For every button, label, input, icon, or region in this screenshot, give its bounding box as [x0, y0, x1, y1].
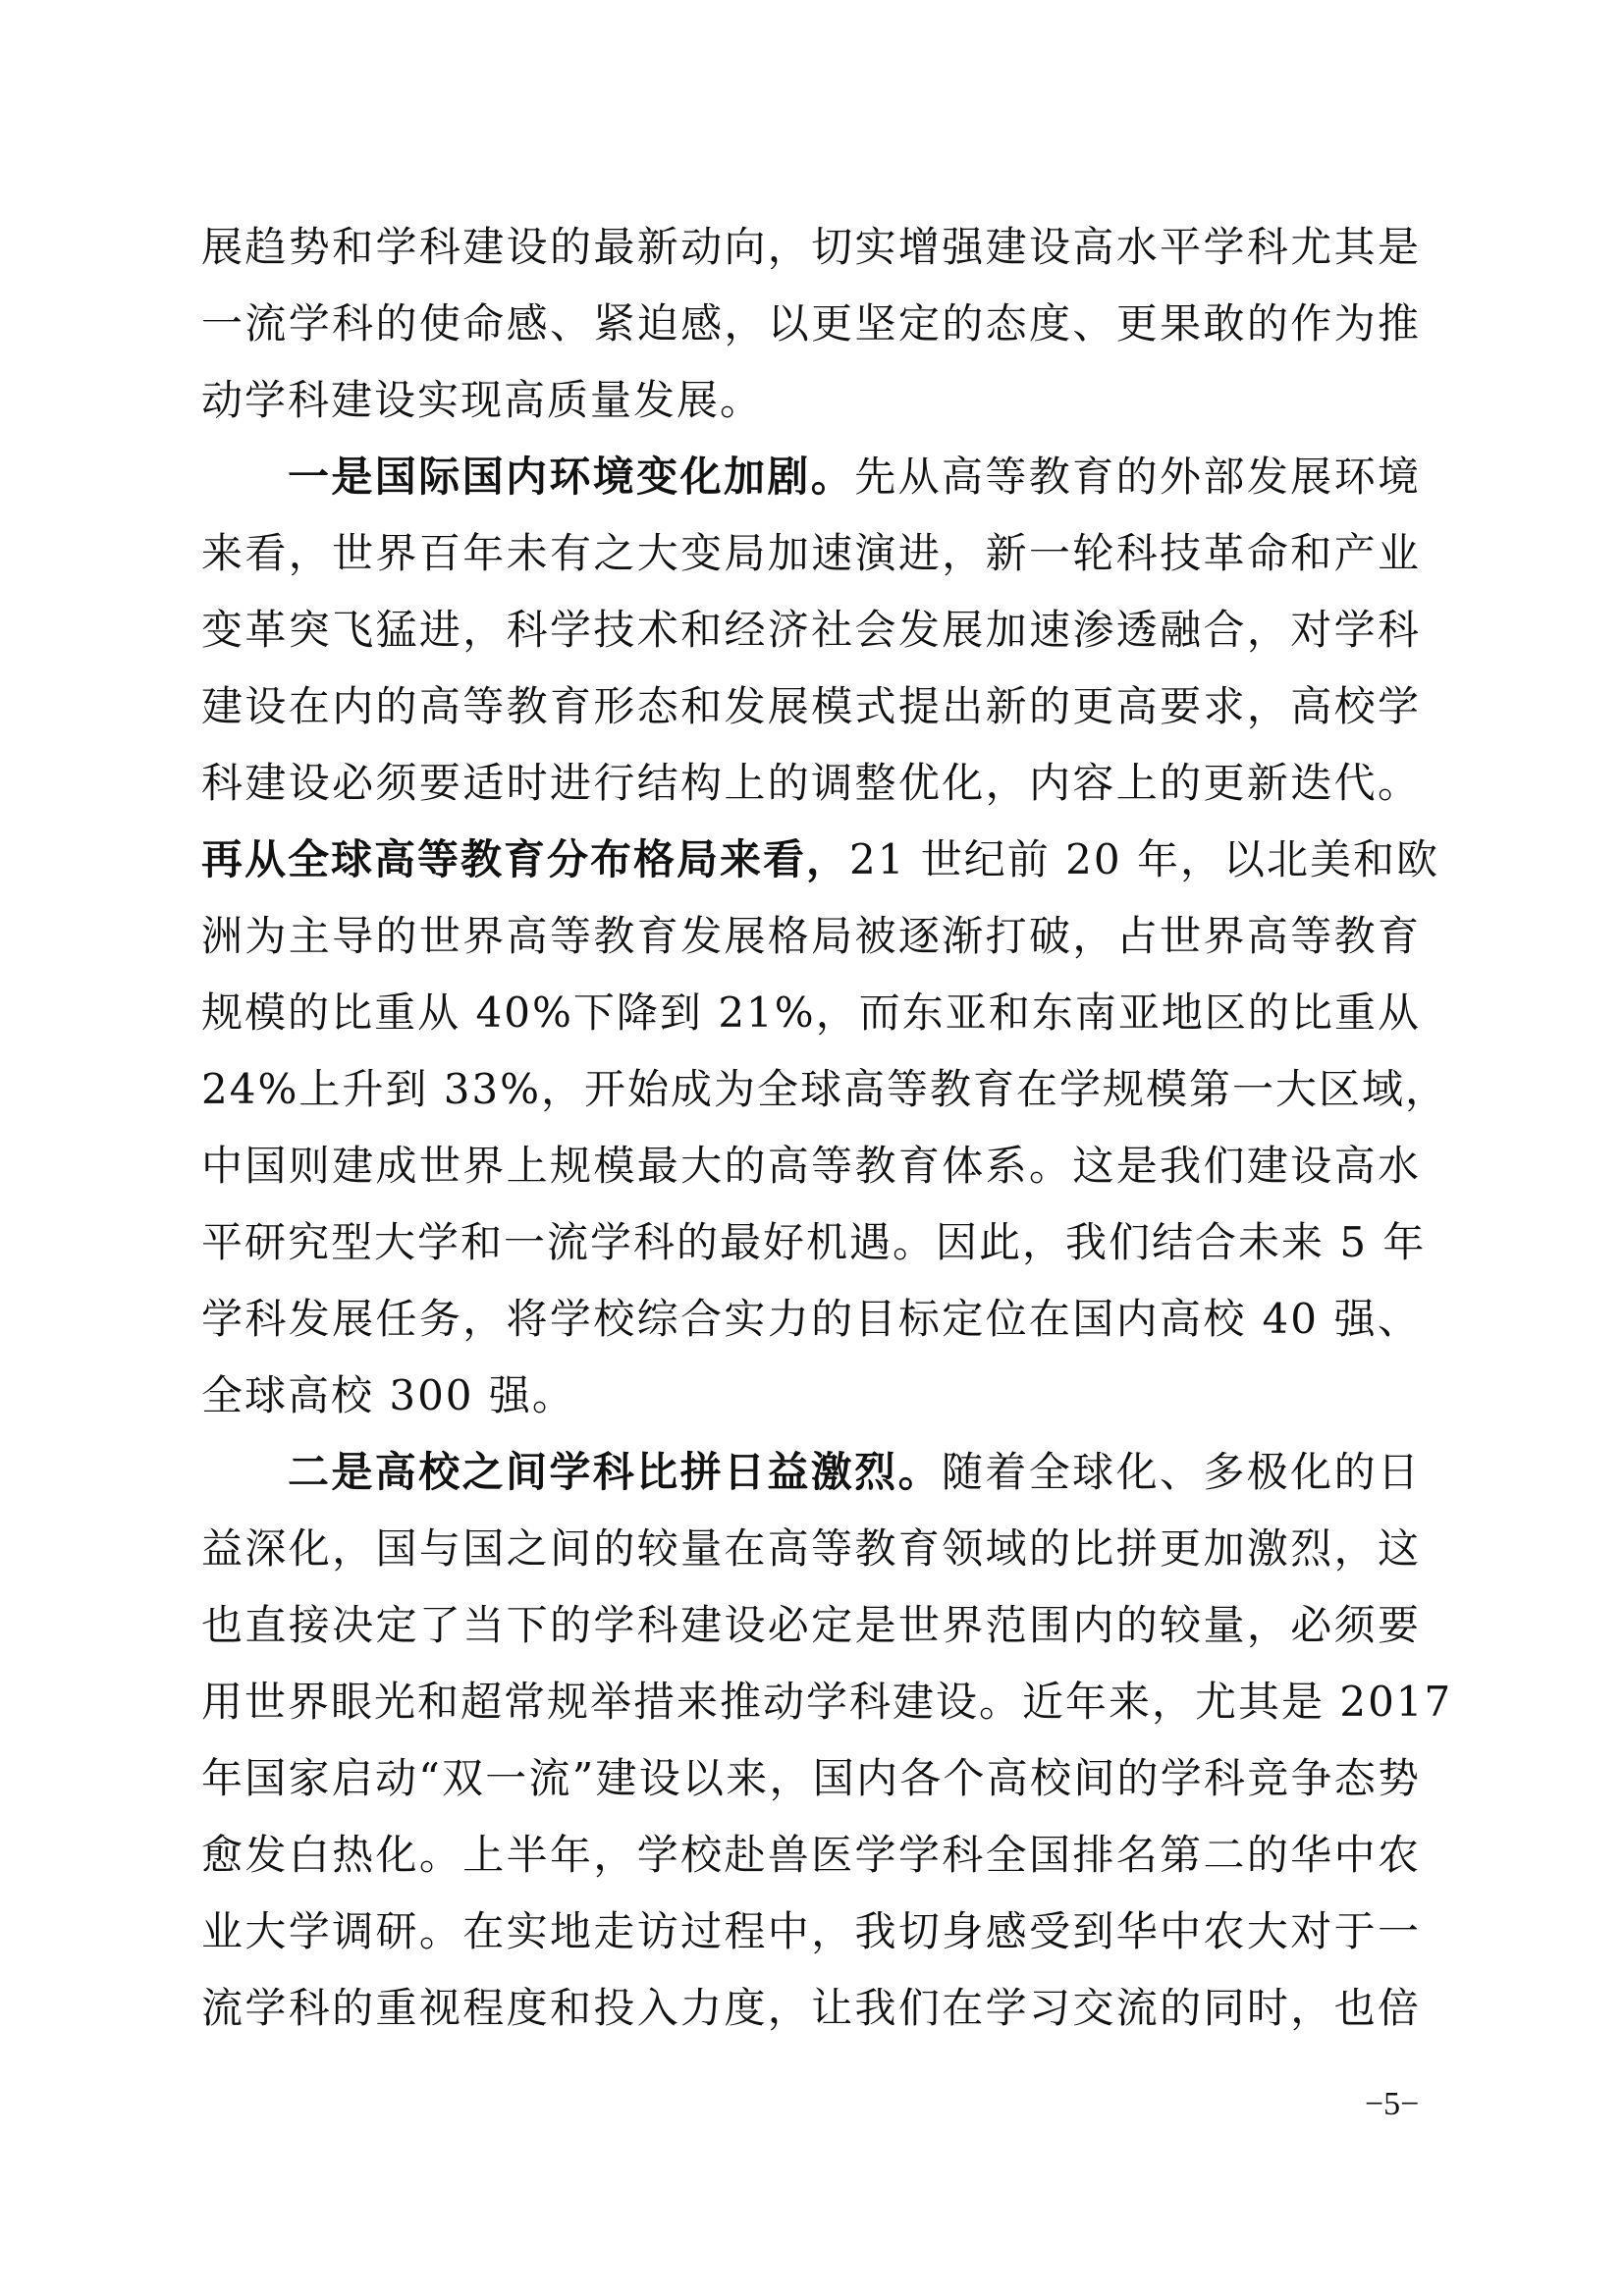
text-segment: 21 世纪前 20 年，以北美和欧	[849, 835, 1439, 883]
text-segment: 益深化，国与国之间的较量在高等教育领域的比拼更加激烈，这	[201, 1524, 1421, 1573]
text-line: 用世界眼光和超常规举措来推动学科建设。近年来，尤其是 2017	[201, 1664, 1421, 1740]
text-segment: 动学科建设实现高质量发展。	[201, 376, 763, 424]
page-number: −5−	[1365, 2086, 1419, 2123]
text-line: 洲为主导的世界高等教育发展格局被逐渐打破，占世界高等教育	[201, 898, 1421, 975]
text-line: 年国家启动“双一流”建设以来，国内各个高校间的学科竞争态势	[201, 1740, 1421, 1817]
text-line: 益深化，国与国之间的较量在高等教育领域的比拼更加激烈，这	[201, 1511, 1421, 1587]
text-segment: 24%上升到 33%，开始成为全球高等教育在学规模第一大区域，	[201, 1065, 1448, 1113]
text-segment: 流学科的重视程度和投入力度，让我们在学习交流的同时，也倍	[201, 1984, 1421, 2032]
text-segment: 先从高等教育的外部发展环境	[854, 453, 1421, 501]
text-line: 变革突飞猛进，科学技术和经济社会发展加速渗透融合，对学科	[201, 592, 1421, 668]
text-line: 来看，世界百年未有之大变局加速演进，新一轮科技革命和产业	[201, 515, 1421, 592]
text-segment: 年国家启动“双一流”建设以来，国内各个高校间的学科竞争态势	[201, 1754, 1421, 1802]
text-segment: 随着全球化、多极化的日	[942, 1448, 1421, 1496]
text-segment: 中国则建成世界上规模最大的高等教育体系。这是我们建设高水	[201, 1142, 1421, 1190]
text-line: 二是高校之间学科比拼日益激烈。随着全球化、多极化的日	[201, 1434, 1421, 1511]
text-segment: 变革突飞猛进，科学技术和经济社会发展加速渗透融合，对学科	[201, 606, 1421, 654]
text-line: 一是国际国内环境变化加剧。先从高等教育的外部发展环境	[201, 439, 1421, 515]
document-page: 展趋势和学科建设的最新动向，切实增强建设高水平学科尤其是一流学科的使命感、紧迫感…	[0, 0, 1624, 2296]
bold-heading-segment: 二是高校之间学科比拼日益激烈。	[288, 1448, 942, 1496]
text-line: 学科发展任务，将学校综合实力的目标定位在国内高校 40 强、	[201, 1281, 1421, 1358]
body-text: 展趋势和学科建设的最新动向，切实增强建设高水平学科尤其是一流学科的使命感、紧迫感…	[201, 209, 1421, 2047]
text-segment: 建设在内的高等教育形态和发展模式提出新的更高要求，高校学	[201, 682, 1421, 730]
text-segment: 平研究型大学和一流学科的最好机遇。因此，我们结合未来 5 年	[201, 1218, 1426, 1266]
text-segment: 来看，世界百年未有之大变局加速演进，新一轮科技革命和产业	[201, 529, 1421, 577]
text-segment: 科建设必须要适时进行结构上的调整优化，内容上的更新迭代。	[201, 759, 1421, 807]
text-segment: 展趋势和学科建设的最新动向，切实增强建设高水平学科尤其是	[201, 223, 1421, 271]
text-line: 科建设必须要适时进行结构上的调整优化，内容上的更新迭代。	[201, 745, 1421, 822]
text-segment: 愈发白热化。上半年，学校赴兽医学学科全国排名第二的华中农	[201, 1831, 1421, 1879]
text-segment: 业大学调研。在实地走访过程中，我切身感受到华中农大对于一	[201, 1907, 1421, 1955]
text-line: 全球高校 300 强。	[201, 1358, 1421, 1434]
text-segment: 学科发展任务，将学校综合实力的目标定位在国内高校 40 强、	[201, 1295, 1421, 1343]
text-segment: 一流学科的使命感、紧迫感，以更坚定的态度、更果敢的作为推	[201, 299, 1421, 347]
text-line: 业大学调研。在实地走访过程中，我切身感受到华中农大对于一	[201, 1894, 1421, 1970]
text-segment: 用世界眼光和超常规举措来推动学科建设。近年来，尤其是 2017	[201, 1678, 1452, 1726]
text-line: 愈发白热化。上半年，学校赴兽医学学科全国排名第二的华中农	[201, 1817, 1421, 1894]
text-line: 24%上升到 33%，开始成为全球高等教育在学规模第一大区域，	[201, 1051, 1421, 1128]
text-line: 也直接决定了当下的学科建设必定是世界范围内的较量，必须要	[201, 1587, 1421, 1664]
bold-heading-segment: 一是国际国内环境变化加剧。	[288, 453, 854, 501]
text-line: 建设在内的高等教育形态和发展模式提出新的更高要求，高校学	[201, 668, 1421, 745]
text-segment: 规模的比重从 40%下降到 21%，而东亚和东南亚地区的比重从	[201, 988, 1421, 1037]
text-line: 动学科建设实现高质量发展。	[201, 362, 1421, 439]
text-segment: 也直接决定了当下的学科建设必定是世界范围内的较量，必须要	[201, 1601, 1421, 1649]
text-line: 平研究型大学和一流学科的最好机遇。因此，我们结合未来 5 年	[201, 1204, 1421, 1281]
text-line: 中国则建成世界上规模最大的高等教育体系。这是我们建设高水	[201, 1128, 1421, 1204]
text-segment: 全球高校 300 强。	[201, 1371, 575, 1419]
text-line: 流学科的重视程度和投入力度，让我们在学习交流的同时，也倍	[201, 1970, 1421, 2047]
text-line: 规模的比重从 40%下降到 21%，而东亚和东南亚地区的比重从	[201, 975, 1421, 1051]
text-segment: 洲为主导的世界高等教育发展格局被逐渐打破，占世界高等教育	[201, 912, 1421, 960]
text-line: 展趋势和学科建设的最新动向，切实增强建设高水平学科尤其是	[201, 209, 1421, 286]
bold-heading-segment: 再从全球高等教育分布格局来看，	[201, 835, 849, 883]
text-line: 再从全球高等教育分布格局来看，21 世纪前 20 年，以北美和欧	[201, 822, 1421, 898]
text-line: 一流学科的使命感、紧迫感，以更坚定的态度、更果敢的作为推	[201, 286, 1421, 362]
